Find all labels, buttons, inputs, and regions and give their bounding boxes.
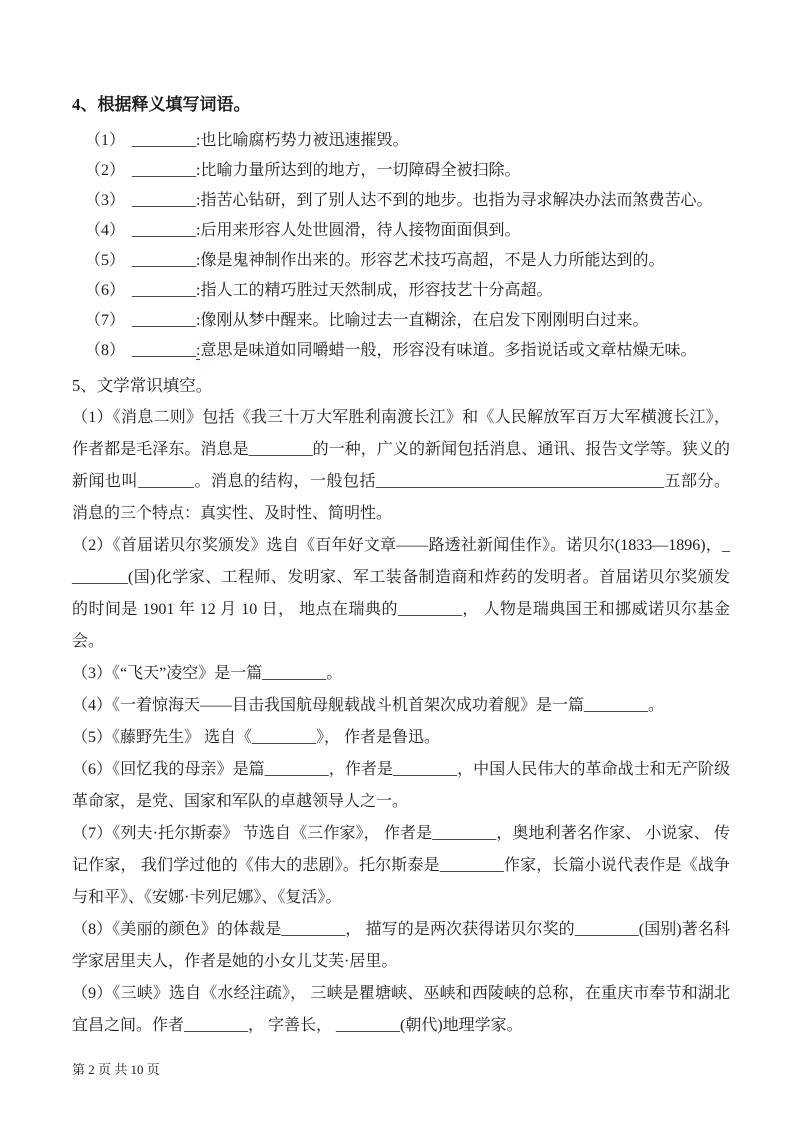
item-number: （6） <box>85 282 125 299</box>
answer-blank: ________ <box>132 162 196 179</box>
definition-text: 意思是味道如同嚼蜡一般，形容没有味道。多指说话或文章枯燥无味。 <box>200 342 696 359</box>
literature-item-7: （7）《列夫·托尔斯泰》 节选自《三作家》， 作者是________，奥地利著名… <box>72 818 730 914</box>
definition-text: 像是鬼神制作出来的。形容艺术技巧高超，不是人力所能达到的。 <box>200 252 664 269</box>
definition-item-4: （4）________:后用来形容人处世圆滑，待人接物面面俱到。 <box>72 216 730 246</box>
literature-item-6: （6）《回忆我的母亲》是篇________，作者是________，中国人民伟大… <box>72 754 730 818</box>
answer-blank: ________ <box>132 282 196 299</box>
literature-item-3: （3）《“飞天”凌空》是一篇________。 <box>72 658 730 690</box>
item-number: （5） <box>85 252 125 269</box>
literature-item-5: （5）《藤野先生》 选自《________》， 作者是鲁迅。 <box>72 722 730 754</box>
item-number: （3） <box>85 192 125 209</box>
page-content: 4、根据释义填写词语。 （1）________:也比喻腐朽势力被迅速摧毁。 （2… <box>72 90 730 1042</box>
definition-text: 比喻力量所达到的地方，一切障碍全被扫除。 <box>200 162 520 179</box>
answer-blank: ________ <box>132 222 196 239</box>
definition-item-6: （6）________:指人工的精巧胜过天然制成，形容技艺十分高超。 <box>72 276 730 306</box>
item-number: （7） <box>85 312 125 329</box>
item-number: （1） <box>85 132 125 149</box>
definition-item-2: （2）________:比喻力量所达到的地方，一切障碍全被扫除。 <box>72 156 730 186</box>
literature-item-4: （4）《一着惊海天——目击我国航母舰载战斗机首架次成功着舰》是一篇_______… <box>72 690 730 722</box>
definition-item-1: （1）________:也比喻腐朽势力被迅速摧毁。 <box>72 126 730 156</box>
definition-item-3: （3）________:指苦心钻研，到了别人达不到的地步。也指为寻求解决办法而煞… <box>72 186 730 216</box>
item-number: （8） <box>85 342 125 359</box>
definition-text: 也比喻腐朽势力被迅速摧毁。 <box>200 132 408 149</box>
page-footer: 第 2 页 共 10 页 <box>72 1062 160 1078</box>
literature-item-9: （9）《三峡》选自《水经注疏》， 三峡是瞿塘峡、巫峡和西陵峡的总称，在重庆市奉节… <box>72 978 730 1042</box>
definition-text: 后用来形容人处世圆滑，待人接物面面俱到。 <box>200 222 520 239</box>
definition-text: 像刚从梦中醒来。比喻过去一直糊涂，在启发下刚刚明白过来。 <box>200 312 648 329</box>
item-number: （2） <box>85 162 125 179</box>
definition-item-7: （7）________:像刚从梦中醒来。比喻过去一直糊涂，在启发下刚刚明白过来。 <box>72 306 730 336</box>
literature-item-1: （1）《消息二则》包括《我三十万大军胜利南渡长江》和《人民解放军百万大军横渡长江… <box>72 402 730 530</box>
literature-item-2: （2）《首届诺贝尔奖颁发》选自《百年好文章——路透社新闻佳作》。诺贝尔(1833… <box>72 530 730 658</box>
answer-blank: ________ <box>132 312 196 329</box>
definition-text: 指人工的精巧胜过天然制成，形容技艺十分高超。 <box>200 282 552 299</box>
definition-item-5: （5）________:像是鬼神制作出来的。形容艺术技巧高超，不是人力所能达到的… <box>72 246 730 276</box>
definition-text: 指苦心钻研，到了别人达不到的地步。也指为寻求解决办法而煞费苦心。 <box>200 192 712 209</box>
answer-blank: ________ <box>132 132 196 149</box>
item-number: （4） <box>85 222 125 239</box>
section4-heading: 4、根据释义填写词语。 <box>72 90 730 120</box>
answer-blank: ________ <box>132 192 196 209</box>
definition-item-8: （8）________:意思是味道如同嚼蜡一般，形容没有味道。多指说话或文章枯燥… <box>72 336 730 366</box>
document-page: 4、根据释义填写词语。 （1）________:也比喻腐朽势力被迅速摧毁。 （2… <box>0 0 793 1122</box>
literature-item-8: （8）《美丽的颜色》的体裁是________， 描写的是两次获得诺贝尔奖的___… <box>72 914 730 978</box>
answer-blank: ________ <box>132 252 196 269</box>
answer-blank: ________ <box>132 342 196 359</box>
section5-heading: 5、文学常识填空。 <box>72 370 730 402</box>
